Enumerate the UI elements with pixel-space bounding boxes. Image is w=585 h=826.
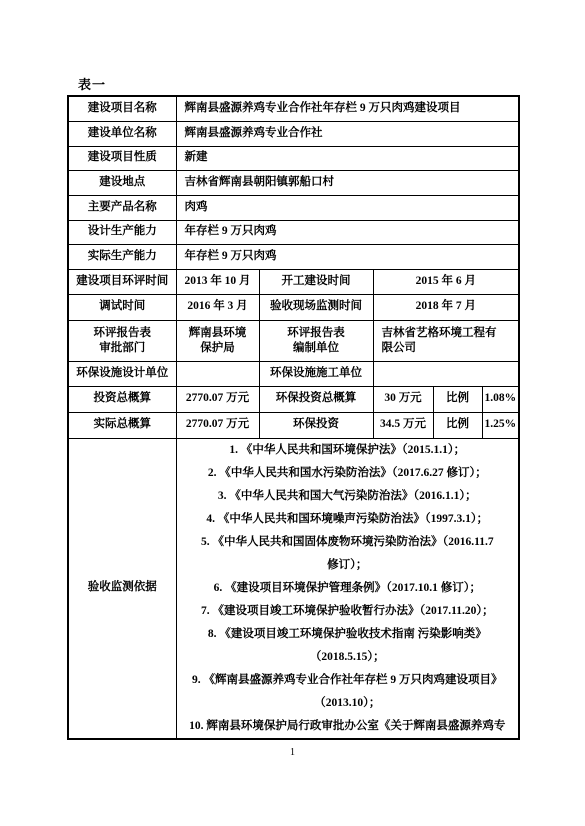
- row-location: 建设地点 吉林省辉南县朝阳镇郭船口村: [68, 170, 519, 195]
- value-eia-compile-unit-line2: 限公司: [382, 341, 515, 356]
- value-eia-approval-dept-line1: 辉南县环境: [177, 326, 259, 341]
- basis-line-8: 8. 《建设项目竣工环境保护验收技术指南 污染影响类》: [177, 623, 519, 646]
- label-total-budget: 投资总概算: [68, 386, 176, 412]
- basis-line-3: 3. 《中华人民共和国大气污染防治法》（2016.1.1）；: [177, 485, 519, 508]
- label-facility-design-unit: 环保设施设计单位: [68, 361, 176, 386]
- project-info-table: 建设项目名称 辉南县盛源养鸡专业合作社年存栏 9 万只肉鸡建设项目 建设单位名称…: [67, 95, 520, 740]
- value-project-name: 辉南县盛源养鸡专业合作社年存栏 9 万只肉鸡建设项目: [176, 96, 519, 121]
- row-actual-budget: 实际总概算 2770.07 万元 环保投资 34.5 万元 比例 1.25%: [68, 412, 519, 438]
- row-project-name: 建设项目名称 辉南县盛源养鸡专业合作社年存栏 9 万只肉鸡建设项目: [68, 96, 519, 121]
- label-env-budget: 环保投资总概算: [259, 386, 373, 412]
- label-budget-ratio: 比例: [433, 386, 482, 412]
- label-eia-approval-dept-line2: 审批部门: [69, 341, 176, 356]
- value-total-budget: 2770.07 万元: [176, 386, 259, 412]
- label-eia-compile-unit-line2: 编制单位: [260, 341, 373, 356]
- document-page: 表一 建设项目名称 辉南县盛源养鸡专业合作社年存栏 9 万只肉鸡建设项目 建设单…: [0, 0, 585, 826]
- row-eia-time: 建设项目环评时间 2013 年 10 月 开工建设时间 2015 年 6 月: [68, 269, 519, 294]
- label-construction-start-time: 开工建设时间: [259, 269, 373, 294]
- value-actual-total-budget: 2770.07 万元: [176, 412, 259, 438]
- row-budget: 投资总概算 2770.07 万元 环保投资总概算 30 万元 比例 1.08%: [68, 386, 519, 412]
- row-product: 主要产品名称 肉鸡: [68, 195, 519, 220]
- basis-line-6: 6. 《建设项目环境保护管理条例》（2017.10.1 修订）；: [177, 577, 519, 600]
- row-design-capacity: 设计生产能力 年存栏 9 万只肉鸡: [68, 220, 519, 244]
- value-env-budget: 30 万元: [373, 386, 433, 412]
- value-budget-ratio: 1.08%: [482, 386, 519, 412]
- value-unit-name: 辉南县盛源养鸡专业合作社: [176, 121, 519, 146]
- label-eia-time: 建设项目环评时间: [68, 269, 176, 294]
- value-debug-time: 2016 年 3 月: [176, 294, 259, 320]
- value-product: 肉鸡: [176, 195, 519, 220]
- label-env-investment: 环保投资: [259, 412, 373, 438]
- value-facility-design-unit: [176, 361, 259, 386]
- label-actual-capacity: 实际生产能力: [68, 244, 176, 269]
- label-unit-name: 建设单位名称: [68, 121, 176, 146]
- label-eia-approval-dept: 环评报告表 审批部门: [68, 320, 176, 361]
- label-acceptance-basis: 验收监测依据: [68, 438, 176, 739]
- basis-line-5: 5. 《中华人民共和国固体废物环境污染防治法》（2016.11.7: [177, 531, 519, 554]
- value-monitoring-time: 2018 年 7 月: [373, 294, 519, 320]
- basis-line-9: 9. 《辉南县盛源养鸡专业合作社年存栏 9 万只肉鸡建设项目》: [177, 669, 519, 692]
- basis-line-10: 10. 辉南县环境保护局行政审批办公室《关于辉南县盛源养鸡专: [177, 715, 519, 738]
- value-eia-time: 2013 年 10 月: [176, 269, 259, 294]
- label-location: 建设地点: [68, 170, 176, 195]
- value-env-investment: 34.5 万元: [373, 412, 433, 438]
- label-debug-time: 调试时间: [68, 294, 176, 320]
- label-eia-compile-unit-line1: 环评报告表: [260, 326, 373, 341]
- value-actual-capacity: 年存栏 9 万只肉鸡: [176, 244, 519, 269]
- page-number: 1: [0, 747, 585, 758]
- value-location: 吉林省辉南县朝阳镇郭船口村: [176, 170, 519, 195]
- label-project-name: 建设项目名称: [68, 96, 176, 121]
- value-construction-start-time: 2015 年 6 月: [373, 269, 519, 294]
- value-eia-approval-dept: 辉南县环境 保护局: [176, 320, 259, 361]
- label-eia-approval-dept-line1: 环评报告表: [69, 326, 176, 341]
- label-monitoring-time: 验收现场监测时间: [259, 294, 373, 320]
- label-eia-compile-unit: 环评报告表 编制单位: [259, 320, 373, 361]
- label-design-capacity: 设计生产能力: [68, 220, 176, 244]
- label-actual-total-budget: 实际总概算: [68, 412, 176, 438]
- value-design-capacity: 年存栏 9 万只肉鸡: [176, 220, 519, 244]
- table-caption: 表一: [78, 74, 106, 93]
- row-facility-units: 环保设施设计单位 环保设施施工单位: [68, 361, 519, 386]
- value-project-nature: 新建: [176, 146, 519, 170]
- value-facility-construction-unit: [373, 361, 519, 386]
- basis-line-7: 7. 《建设项目竣工环境保护验收暂行办法》（2017.11.20）；: [177, 600, 519, 623]
- value-actual-ratio: 1.25%: [482, 412, 519, 438]
- value-eia-approval-dept-line2: 保护局: [177, 341, 259, 356]
- basis-line-8b: （2018.5.15）；: [177, 646, 519, 669]
- value-eia-compile-unit: 吉林省艺格环境工程有 限公司: [373, 320, 519, 361]
- row-eia-report-units: 环评报告表 审批部门 辉南县环境 保护局 环评报告表 编制单位 吉林省艺格环境工…: [68, 320, 519, 361]
- label-actual-ratio: 比例: [433, 412, 482, 438]
- row-unit-name: 建设单位名称 辉南县盛源养鸡专业合作社: [68, 121, 519, 146]
- basis-line-2: 2. 《中华人民共和国水污染防治法》（2017.6.27 修订）；: [177, 462, 519, 485]
- basis-line-1: 1. 《中华人民共和国环境保护法》（2015.1.1）；: [177, 439, 519, 462]
- row-acceptance-basis: 验收监测依据 1. 《中华人民共和国环境保护法》（2015.1.1）； 2. 《…: [68, 438, 519, 739]
- row-project-nature: 建设项目性质 新建: [68, 146, 519, 170]
- basis-line-4: 4. 《中华人民共和国环境噪声污染防治法》（1997.3.1）；: [177, 508, 519, 531]
- value-acceptance-basis: 1. 《中华人民共和国环境保护法》（2015.1.1）； 2. 《中华人民共和国…: [176, 438, 519, 739]
- label-facility-construction-unit: 环保设施施工单位: [259, 361, 373, 386]
- basis-line-5b: 修订）；: [177, 554, 519, 577]
- basis-line-9b: （2013.10）；: [177, 692, 519, 715]
- row-debug-time: 调试时间 2016 年 3 月 验收现场监测时间 2018 年 7 月: [68, 294, 519, 320]
- value-eia-compile-unit-line1: 吉林省艺格环境工程有: [382, 326, 515, 341]
- label-product: 主要产品名称: [68, 195, 176, 220]
- row-actual-capacity: 实际生产能力 年存栏 9 万只肉鸡: [68, 244, 519, 269]
- label-project-nature: 建设项目性质: [68, 146, 176, 170]
